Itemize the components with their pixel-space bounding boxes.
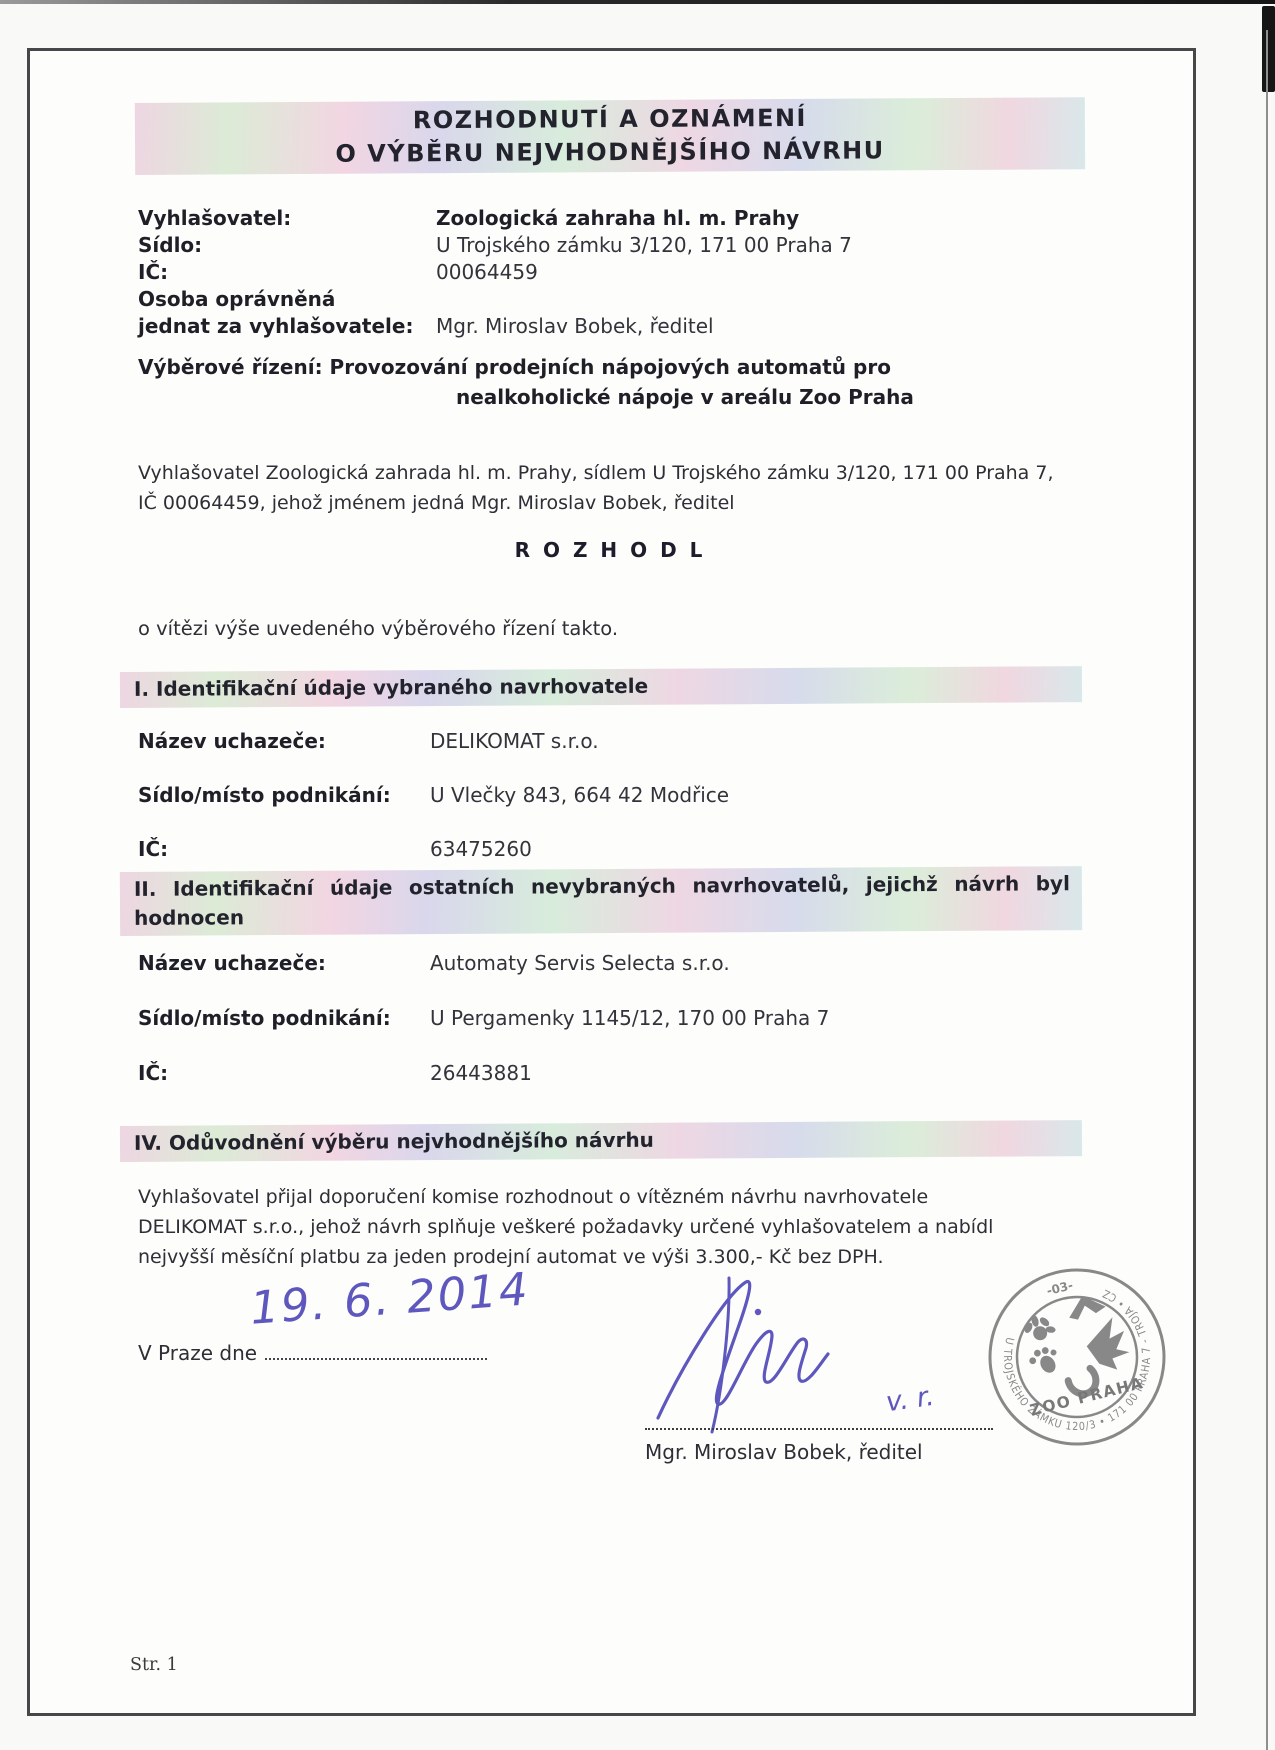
date-dotted-line — [265, 1340, 487, 1360]
row-value: 63475260 — [430, 836, 532, 863]
row-label: Vyhlašovatel: — [138, 205, 436, 232]
row-value: U Trojského zámku 3/120, 171 00 Praha 7 — [436, 232, 852, 259]
row-value: 00064459 — [436, 259, 538, 286]
row-value: U Vlečky 843, 664 42 Modřice — [430, 782, 729, 809]
section-4-heading: IV. Odůvodnění výběru nejvhodnějšího náv… — [134, 1128, 654, 1155]
scan-corner-mark — [1262, 6, 1275, 92]
row-value: Zoologická zahraha hl. m. Prahy — [436, 205, 799, 232]
procedure-line-2: nealkoholické nápoje v areálu Zoo Praha — [138, 382, 914, 412]
row-value: DELIKOMAT s.r.o. — [430, 728, 599, 755]
announcer-block: Vyhlašovatel:Zoologická zahraha hl. m. P… — [138, 205, 1088, 340]
row-label: Název uchazeče: — [138, 728, 430, 755]
row-label: IČ: — [138, 259, 436, 286]
announcer-row: Osoba oprávněná — [138, 286, 1088, 313]
row-label: IČ: — [138, 1060, 430, 1087]
scan-right-edge — [1266, 30, 1268, 1750]
signatory-name: Mgr. Miroslav Bobek, ředitel — [645, 1440, 923, 1464]
page-number: Str. 1 — [130, 1655, 178, 1675]
table-row: Název uchazeče:DELIKOMAT s.r.o. — [138, 728, 1082, 755]
row-label: IČ: — [138, 836, 430, 863]
decision-word: R O Z H O D L — [135, 538, 1085, 562]
row-label: Název uchazeče: — [138, 950, 430, 977]
section-2-heading-line-1: II. Identifikační údaje ostatních nevybr… — [134, 869, 1070, 904]
announcer-row: Vyhlašovatel:Zoologická zahraha hl. m. P… — [138, 205, 1088, 232]
section-4-heading-bar: IV. Odůvodnění výběru nejvhodnějšího náv… — [120, 1120, 1082, 1162]
row-label: Osoba oprávněná — [138, 286, 436, 313]
signature-dotted-line — [645, 1428, 993, 1430]
row-value: Automaty Servis Selecta s.r.o. — [430, 950, 730, 977]
decision-intro: o vítězi výše uvedeného výběrového řízen… — [138, 617, 618, 640]
intro-paragraph: Vyhlašovatel Zoologická zahrada hl. m. P… — [138, 458, 1078, 518]
section-1-heading-bar: I. Identifikační údaje vybraného navrhov… — [120, 666, 1082, 708]
section-2-rows: Název uchazeče:Automaty Servis Selecta s… — [138, 950, 1082, 1115]
table-row: IČ:26443881 — [138, 1060, 1082, 1087]
announcer-row: Sídlo:U Trojského zámku 3/120, 171 00 Pr… — [138, 232, 1088, 259]
announcer-row: jednat za vyhlašovatele:Mgr. Miroslav Bo… — [138, 313, 1088, 340]
stamp-top-text: -03- — [1045, 1278, 1074, 1298]
scan-top-edge — [0, 0, 1275, 4]
section-1-rows: Název uchazeče:DELIKOMAT s.r.o. Sídlo/mí… — [138, 728, 1082, 890]
section-2-heading-line-2: hodnocen — [134, 905, 244, 930]
row-label: Sídlo: — [138, 232, 436, 259]
section-2-heading-bar: II. Identifikační údaje ostatních nevybr… — [120, 866, 1082, 936]
row-value: U Pergamenky 1145/12, 170 00 Praha 7 — [430, 1005, 829, 1032]
signature-dot — [755, 1309, 761, 1315]
table-row: Sídlo/místo podnikání:U Vlečky 843, 664 … — [138, 782, 1082, 809]
handwritten-vr-note: v. r. — [884, 1381, 936, 1418]
table-row: Název uchazeče:Automaty Servis Selecta s… — [138, 950, 1082, 977]
table-row: Sídlo/místo podnikání:U Pergamenky 1145/… — [138, 1005, 1082, 1032]
row-label: Sídlo/místo podnikání: — [138, 1005, 430, 1032]
row-value: 26443881 — [430, 1060, 532, 1087]
signature-stroke — [658, 1282, 828, 1418]
procedure-title: Výběrové řízení: Provozování prodejních … — [138, 352, 914, 412]
section-1-heading: I. Identifikační údaje vybraného navrhov… — [134, 674, 648, 701]
place-date-label: V Praze dne — [138, 1341, 257, 1365]
row-label: jednat za vyhlašovatele: — [138, 313, 436, 340]
handwritten-signature — [630, 1270, 990, 1438]
justification-paragraph: Vyhlašovatel přijal doporučení komise ro… — [138, 1182, 1038, 1272]
title-line-2: O VÝBĚRU NEJVHODNĚJŠÍHO NÁVRHU — [135, 133, 1085, 172]
place-date-line: V Praze dne — [138, 1340, 487, 1365]
procedure-line-1: Výběrové řízení: Provozování prodejních … — [138, 352, 914, 382]
announcer-row: IČ:00064459 — [138, 259, 1088, 286]
row-label: Sídlo/místo podnikání: — [138, 782, 430, 809]
document-title-bar: ROZHODNUTÍ A OZNÁMENÍ O VÝBĚRU NEJVHODNĚ… — [135, 97, 1085, 175]
row-value: Mgr. Miroslav Bobek, ředitel — [436, 313, 714, 340]
zoo-praha-stamp: U TROJSKÉHO ZÁMKU 120/3 • 171 00 PRAHA 7… — [974, 1254, 1180, 1460]
table-row: IČ:63475260 — [138, 836, 1082, 863]
